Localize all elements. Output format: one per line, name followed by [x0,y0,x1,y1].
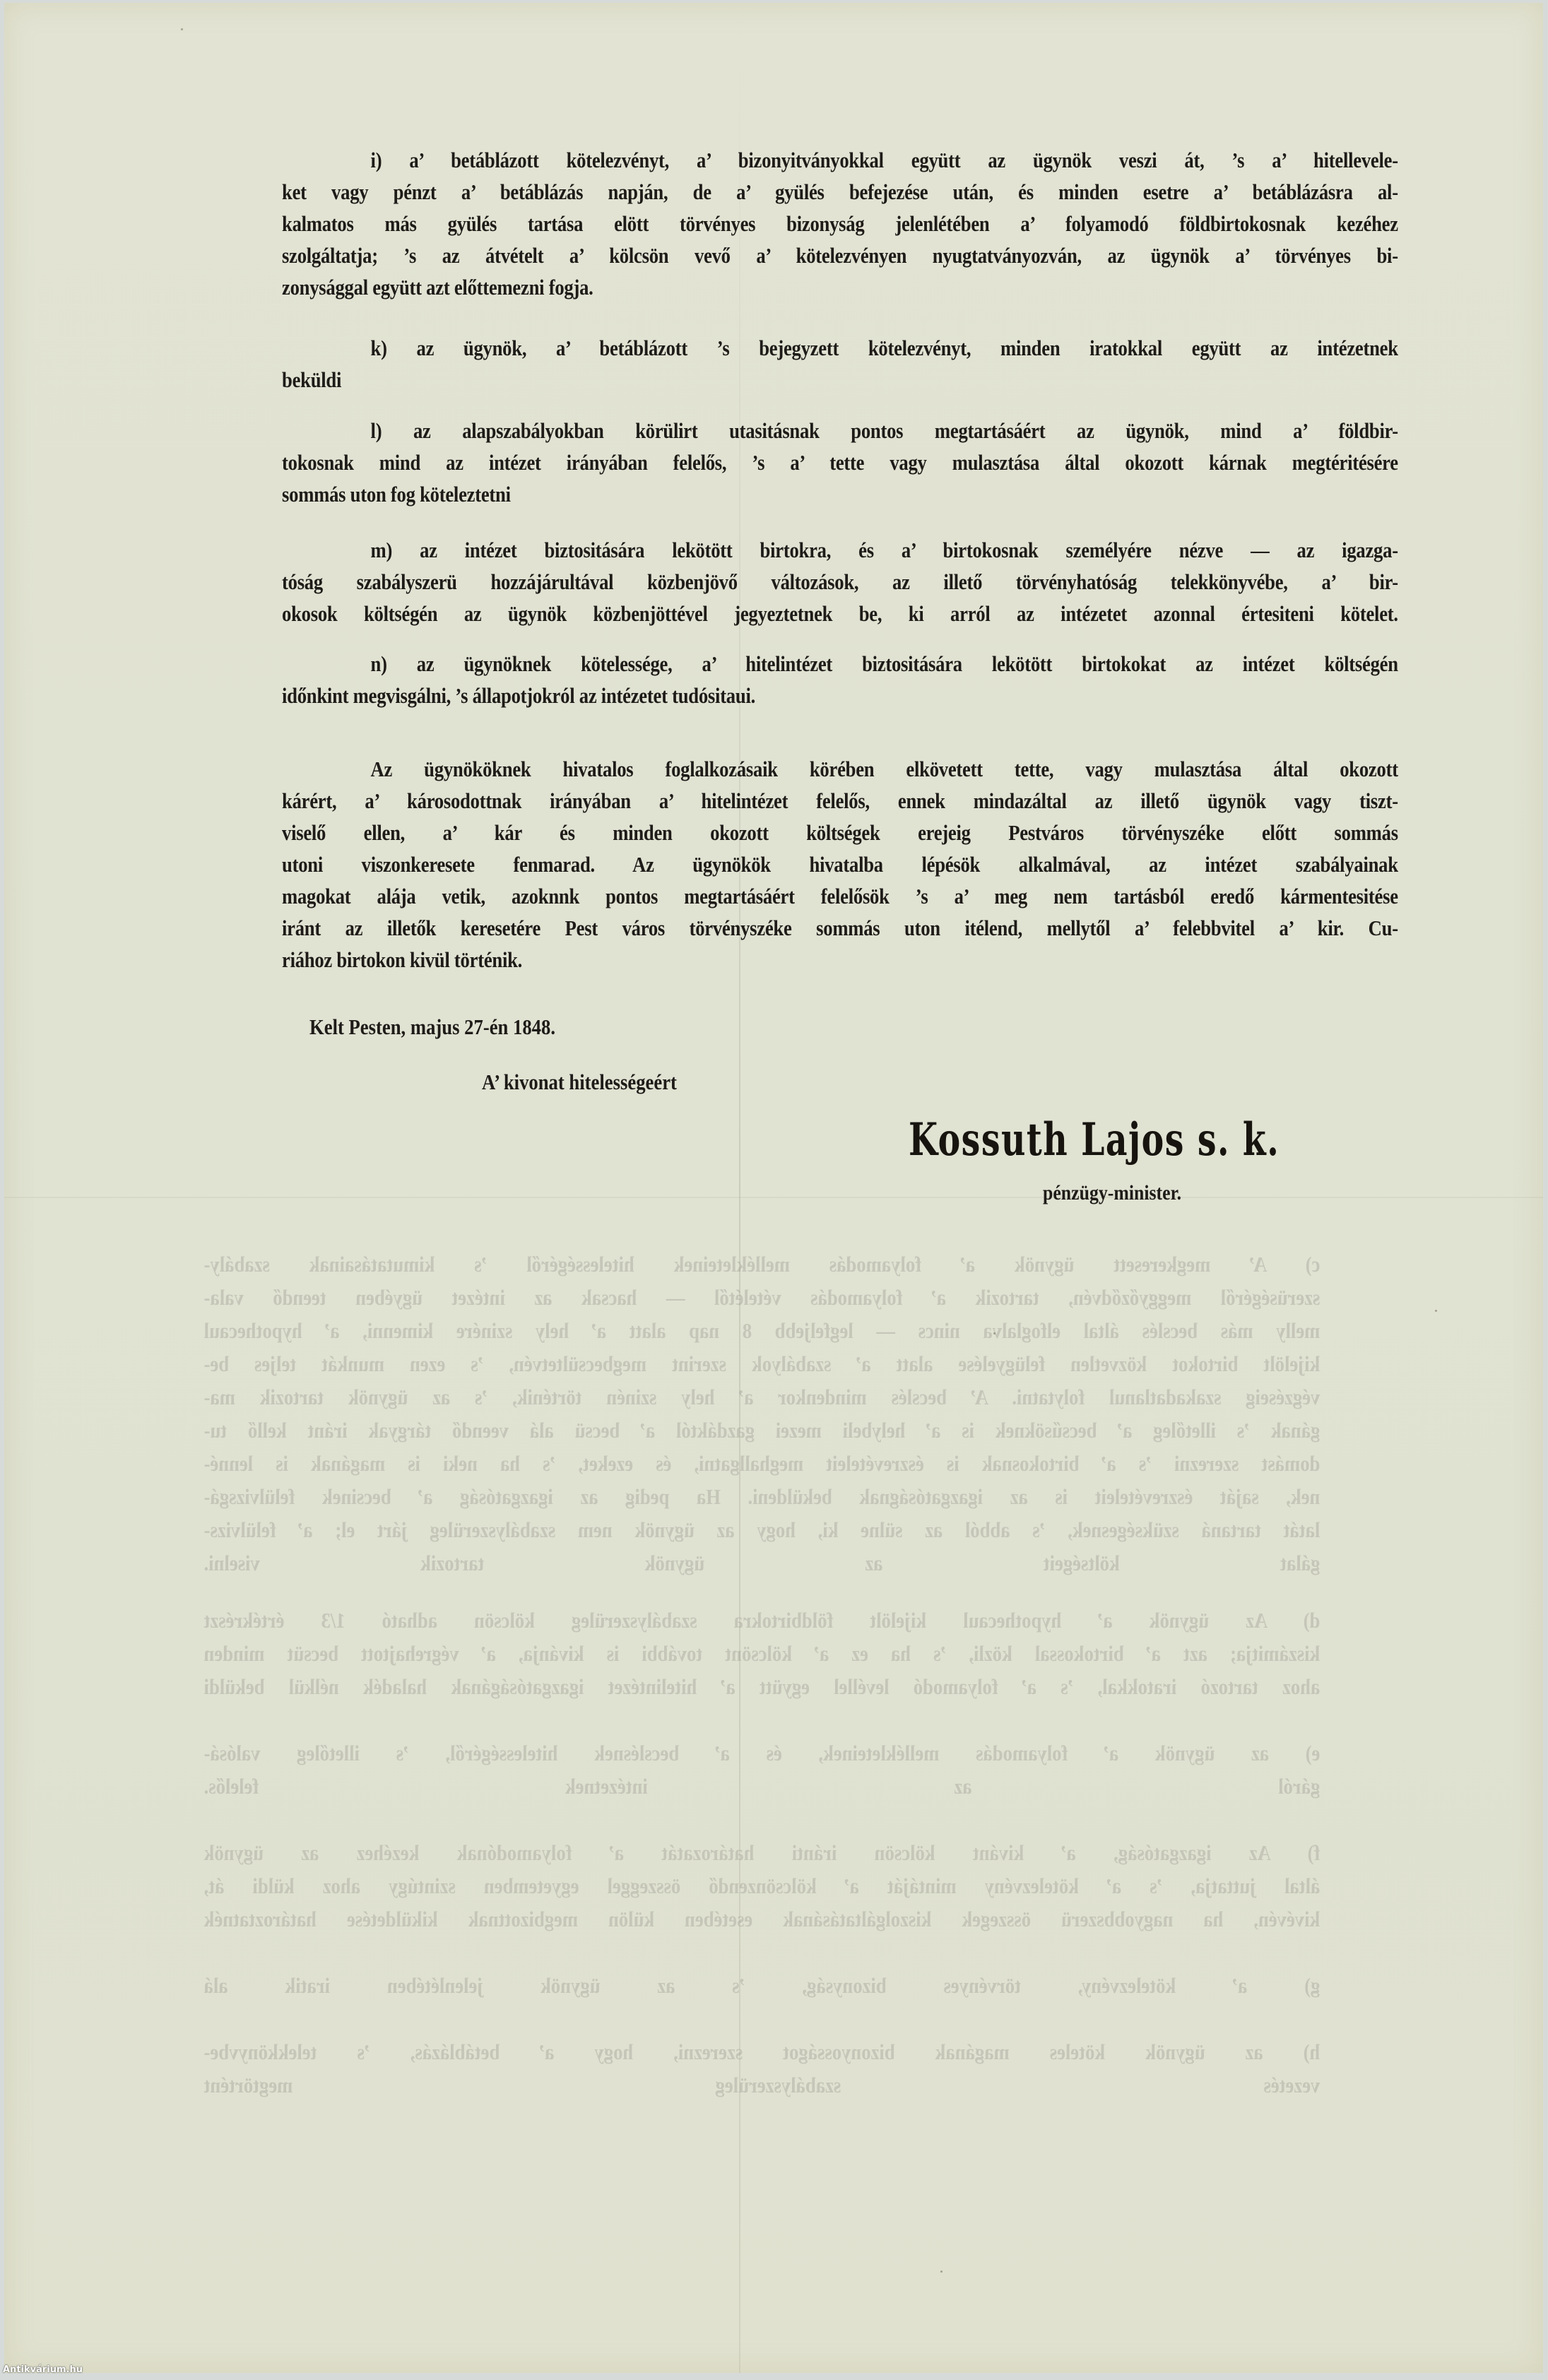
paper-fold-horizontal [4,1197,1543,1198]
paragraph-k: k) az ügynök, a’ betáblázott ’s bejegyze… [282,332,1242,396]
bleed-line: ahoz tartozó iratokkal, ’s a’ folyamodó … [204,1670,1320,1703]
bleed-line: melly más becslés által elfoglalva nincs… [204,1314,1320,1347]
text-line: okosok költségén az ügynök közbenjöttéve… [282,598,1398,629]
text-line: m) az intézet biztositására lekötött bir… [282,534,1398,566]
bleed-line [204,1936,1320,1969]
text-line: l) az alapszabályokban körülirt utasitás… [282,415,1398,446]
paragraph-n: n) az ügynöknek kötelessége, a’ hitelint… [282,648,1242,711]
bleed-line: e) az ügynök a’ folyamodás mellékleteine… [204,1736,1320,1770]
document-page: c) A’ megkeresett ügynök a’ folyamodás m… [4,3,1543,2373]
bleed-line: gáról az intézetnek felelős. [204,1770,1320,1803]
text-line: beküldi [282,364,1398,396]
bleed-line: kiszámitja; azt a’ birtokossal közli, ’s… [204,1637,1320,1670]
bleed-line: kijelölt birtokot közvetlen felügyelése … [204,1347,1320,1380]
text-line: kárért, a’ károsodottnak irányában a’ hi… [282,785,1398,817]
text-line: viselő ellen, a’ kár és minden okozott k… [282,817,1398,848]
text-line: k) az ügynök, a’ betáblázott ’s bejegyze… [282,332,1398,364]
signatory-name: Kossuth Lajos s. k. [909,1113,1280,1166]
bleed-line: vezetés szabályszerüleg megtörtént [204,2068,1320,2102]
paper-speck [993,1332,995,1334]
text-line: Az ügynököknek hivatalos foglalkozásaik … [282,753,1398,785]
bleed-line [204,2002,1320,2035]
bleed-line: kivévén, ha nagyobbszerü összegek kiszol… [204,1902,1320,1936]
bleed-line: végzéseig szakadatlanul folytatni. A’ be… [204,1380,1320,1414]
text-line: n) az ügynöknek kötelessége, a’ hitelint… [282,648,1398,680]
bleed-through-upper: c) A’ megkeresett ügynök a’ folyamodás m… [204,1248,1320,1580]
text-line: időnkint megvisgálni, ’s állapotjokról a… [282,680,1398,711]
paragraph-i: i) a’ betáblázott kötelezvényt, a’ bizon… [282,144,1242,303]
bleed-line: c) A’ megkeresett ügynök a’ folyamodás m… [204,1248,1320,1281]
text-line: zonysággal együtt azt előttemezni fogja. [282,271,1398,303]
date-line: Kelt Pesten, majus 27-én 1848. [309,1014,555,1040]
text-line: riához birtokon kivül történik. [282,944,1398,976]
bleed-line: által juttatja, ’s a’ kötelezvény mintáj… [204,1869,1320,1902]
text-line: tokosnak mind az intézet irányában felel… [282,446,1398,478]
attestation-line: A’ kivonat hitelességeért [482,1070,677,1095]
watermark-label: Antikvárium.hu [3,2364,83,2375]
text-line: magokat alája vetik, azoknnk pontos megt… [282,880,1398,912]
bleed-line: szerüségéről meggyőződvén, tartozik a’ f… [204,1281,1320,1314]
paper-speck [181,28,183,30]
signatory-title: pénzügy-minister. [1043,1181,1181,1205]
bleed-line: nek, saját észrevételeit is az igazgatós… [204,1480,1320,1513]
text-line: utoni viszonkeresete fenmarad. Az ügynök… [282,848,1398,880]
bleed-through-lower: d) Az ügynök a’ hypothecaul kijelölt föl… [204,1604,1320,2102]
bleed-line: gának ’s illetőleg a’ becsűsöknek is a’ … [204,1414,1320,1447]
text-line: i) a’ betáblázott kötelezvényt, a’ bizon… [282,144,1398,176]
bleed-line: g) a’ kötelezvény, törvényes bizonyság, … [204,1969,1320,2002]
text-line: szolgáltatja; ’s az átvételt a’ kölcsön … [282,239,1398,271]
text-line: sommás uton fog köteleztetni [282,478,1398,510]
paragraph-liability: Az ügynököknek hivatalos foglalkozásaik … [282,753,1242,976]
bleed-line [204,1703,1320,1736]
text-line: ket vagy pénzt a’ betáblázás napján, de … [282,176,1398,208]
text-line: iránt az illetők keresetére Pest város t… [282,912,1398,944]
bleed-line: d) Az ügynök a’ hypothecaul kijelölt föl… [204,1604,1320,1637]
paper-speck [940,2271,943,2273]
bleed-line [204,1803,1320,1836]
paragraph-l: l) az alapszabályokban körülirt utasitás… [282,415,1242,510]
text-line: kalmatos más gyülés tartása elött törvén… [282,208,1398,239]
bleed-line: f) Az igazgatóság, a’ kivánt kölcsön irá… [204,1836,1320,1869]
bleed-line: h) az ügynök köteles magának bizonyosság… [204,2035,1320,2068]
paper-speck [1435,1310,1437,1312]
bleed-line: domást szerezni ’s a’ birtokosnak is ész… [204,1447,1320,1480]
bleed-line: latát tartaná szükségesnek, ’s abból az … [204,1513,1320,1546]
text-line: tóság szabályszerü hozzájárultával közbe… [282,566,1398,598]
paragraph-m: m) az intézet biztositására lekötött bir… [282,534,1242,629]
bleed-line: gálat költségeit az ügynök tartozik vise… [204,1546,1320,1580]
